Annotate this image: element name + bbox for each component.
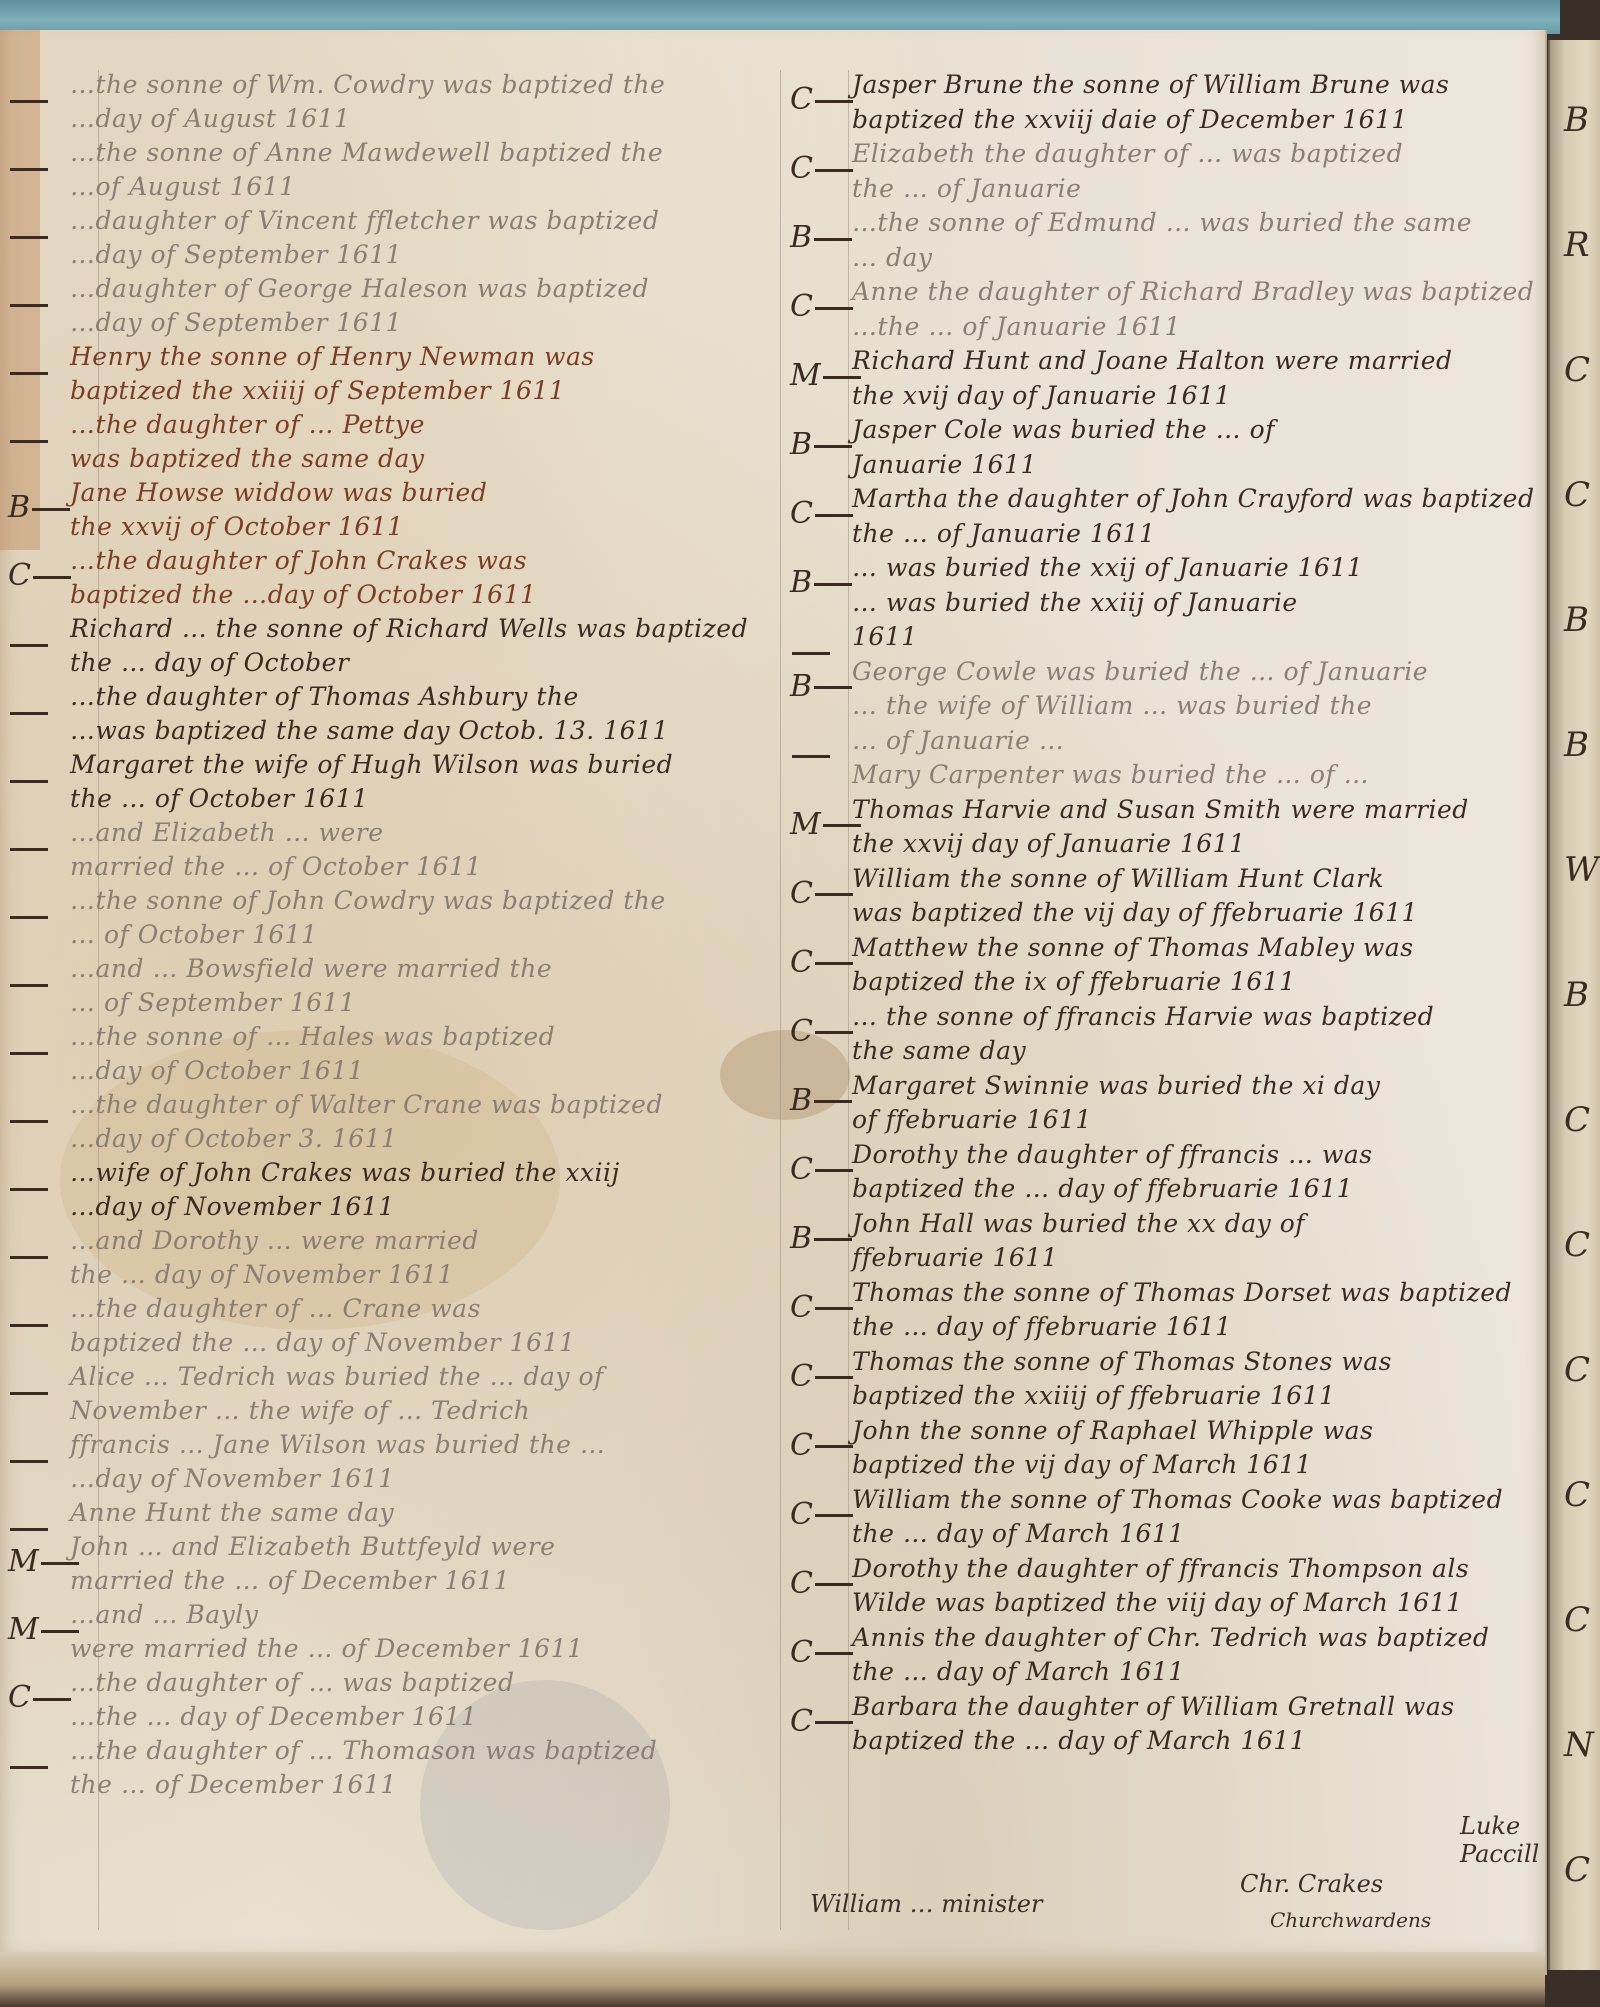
register-entry: M…and … Baylywere married the … of Decem… [0,1598,770,1666]
marker-dash [10,1324,48,1327]
entry-type-marker [8,1306,64,1341]
entry-line: …day of November 1611 [70,1462,770,1496]
entry-type-marker [8,1034,64,1069]
register-entry: Alice … Tedrich was buried the … day ofN… [0,1360,770,1428]
entry-line: Barbara the daughter of William Gretnall… [852,1690,1542,1725]
entry-line: George Cowle was buried the … of Januari… [852,655,1542,690]
entry-line: married the … of October 1611 [70,850,770,884]
entry-line: Thomas Harvie and Susan Smith were marri… [852,793,1542,828]
entry-line: baptized the …day of October 1611 [70,578,770,612]
marker-dash [814,1238,852,1241]
entry-type-marker [8,422,64,457]
register-entry: BJasper Cole was buried the … ofJanuarie… [782,413,1542,482]
entry-line: Thomas the sonne of Thomas Dorset was ba… [852,1276,1542,1311]
entry-line: the xxvij day of Januarie 1611 [852,827,1542,862]
entry-line: baptized the vij day of March 1611 [852,1448,1542,1483]
entry-line: were married the … of December 1611 [70,1632,770,1666]
entry-type-marker: C [790,289,846,324]
entry-line: …day of October 1611 [70,1054,770,1088]
facing-page-marker: B [1564,975,1589,1015]
marker-letter: M [8,1544,39,1579]
marker-dash [815,1376,853,1379]
entry-line: ffebruarie 1611 [852,1241,1542,1276]
entry-type-marker [8,762,64,797]
entry-line: Januarie 1611 [852,448,1542,483]
entry-line: …and Elizabeth … were [70,816,770,850]
marker-dash [10,780,48,783]
register-entry: …the daughter of … Crane wasbaptized the… [0,1292,770,1360]
page-bottom-edge [0,1952,1545,2007]
photo-background: …the sonne of Wm. Cowdry was baptized th… [0,0,1600,2007]
marker-dash [10,848,48,851]
entry-line: … of Januarie … [852,724,1542,759]
entry-line: the … of December 1611 [70,1768,770,1802]
marker-dash [815,1583,853,1586]
marker-dash [10,236,48,239]
entry-line: Dorothy the daughter of ffrancis Thompso… [852,1552,1542,1587]
register-entry: MRichard Hunt and Joane Halton were marr… [782,344,1542,413]
entry-type-marker: B [790,220,846,255]
entry-line: John Hall was buried the xx day of [852,1207,1542,1242]
entry-type-marker: B [790,565,846,600]
entry-line: November … the wife of … Tedrich [70,1394,770,1428]
marker-letter: C [790,151,813,186]
entry-line: the … of Januarie 1611 [852,517,1542,552]
minister-signature: William … minister [810,1890,1042,1918]
entry-type-marker: C [8,1680,64,1715]
marker-dash [10,1460,48,1463]
register-entry: …the daughter of … Thomason was baptized… [0,1734,770,1802]
marker-letter: C [790,1014,813,1049]
marker-dash [815,100,853,103]
entry-type-marker [8,1238,64,1273]
entry-line: … of October 1611 [70,918,770,952]
entry-line: Henry the sonne of Henry Newman was [70,340,770,374]
marker-dash [815,1514,853,1517]
entry-line: …of August 1611 [70,170,770,204]
register-entry: CMatthew the sonne of Thomas Mabley wasb… [782,931,1542,1000]
entry-line: the … of Januarie [852,172,1542,207]
marker-dash [10,100,48,103]
marker-dash [814,583,852,586]
entry-type-marker [790,738,846,773]
entry-line: ffrancis … Jane Wilson was buried the … [70,1428,770,1462]
register-entry: Anne Hunt the same day [0,1496,770,1530]
marker-letter: C [790,1497,813,1532]
entry-type-marker: C [790,1704,846,1739]
register-entry: …the daughter of Thomas Ashbury the…was … [0,680,770,748]
register-entry: C…the daughter of John Crakes wasbaptize… [0,544,770,612]
register-entry: …wife of John Crakes was buried the xxii… [0,1156,770,1224]
entry-line: … was buried the xxiij of Januarie [852,586,1542,621]
marker-dash [10,1052,48,1055]
entry-line: …the sonne of … Hales was baptized [70,1020,770,1054]
entry-line: …and … Bowsfield were married the [70,952,770,986]
register-entry: CElizabeth the daughter of … was baptize… [782,137,1542,206]
entry-line: … of September 1611 [70,986,770,1020]
entry-type-marker: C [790,1428,846,1463]
marker-letter: M [790,358,821,393]
entry-type-marker: C [790,1359,846,1394]
marker-dash [10,1392,48,1395]
facing-page-marker: B [1564,725,1589,765]
marker-dash [815,1169,853,1172]
register-entry: CDorothy the daughter of ffrancis Thomps… [782,1552,1542,1621]
entry-line: the xxvij of October 1611 [70,510,770,544]
marker-dash [823,824,861,827]
right-column: CJasper Brune the sonne of William Brune… [782,68,1542,1759]
entry-line: …and … Bayly [70,1598,770,1632]
entry-line: Jane Howse widdow was buried [70,476,770,510]
entry-line: …the … of Januarie 1611 [852,310,1542,345]
marker-dash [10,1256,48,1259]
entry-line: Margaret the wife of Hugh Wilson was bur… [70,748,770,782]
entry-line: Anne Hunt the same day [70,1496,770,1530]
marker-letter: C [790,1359,813,1394]
entry-type-marker: C [790,1635,846,1670]
entry-line: Margaret Swinnie was buried the xi day [852,1069,1542,1104]
marker-dash [815,1307,853,1310]
entry-line: …day of September 1611 [70,306,770,340]
entry-type-marker: C [790,1566,846,1601]
marker-letter: C [790,876,813,911]
binding-tab [0,0,1560,34]
register-entry: …and Dorothy … were marriedthe … day of … [0,1224,770,1292]
register-entry: CDorothy the daughter of ffrancis … wasb… [782,1138,1542,1207]
marker-dash [815,893,853,896]
entry-line: … the sonne of ffrancis Harvie was bapti… [852,1000,1542,1035]
entry-type-marker: C [8,558,64,593]
entry-line: …the daughter of John Crakes was [70,544,770,578]
entry-line: the … day of October [70,646,770,680]
marker-dash [10,1120,48,1123]
marker-letter: C [8,1680,31,1715]
facing-page-marker: W [1564,850,1599,890]
entry-line: Mary Carpenter was buried the … of … [852,758,1542,793]
marker-dash [41,1562,79,1565]
entry-line: Martha the daughter of John Crayford was… [852,482,1542,517]
marker-letter: B [790,669,812,704]
register-entry: Richard … the sonne of Richard Wells was… [0,612,770,680]
facing-page-marker: B [1564,600,1589,640]
entry-line: baptized the ix of ffebruarie 1611 [852,965,1542,1000]
entry-line: … day [852,241,1542,276]
marker-dash [815,1721,853,1724]
marker-dash [10,984,48,987]
register-entry: C… the sonne of ffrancis Harvie was bapt… [782,1000,1542,1069]
entry-type-marker: C [790,876,846,911]
register-entry: …the daughter of Walter Crane was baptiz… [0,1088,770,1156]
entry-type-marker [8,82,64,117]
entry-line: the … day of ffebruarie 1611 [852,1310,1542,1345]
marker-letter: C [790,1428,813,1463]
entry-line: …the daughter of … Pettye [70,408,770,442]
entry-line: …day of September 1611 [70,238,770,272]
entry-line: …the sonne of Wm. Cowdry was baptized th… [70,68,770,102]
register-entry: CAnne the daughter of Richard Bradley wa… [782,275,1542,344]
entry-line: …was baptized the same day Octob. 13. 16… [70,714,770,748]
marker-letter: C [790,289,813,324]
entry-line: …daughter of George Haleson was baptized [70,272,770,306]
marker-dash [814,1100,852,1103]
entry-line: …wife of John Crakes was buried the xxii… [70,1156,770,1190]
register-entry: BJane Howse widdow was buriedthe xxvij o… [0,476,770,544]
marker-letter: B [790,1083,812,1118]
entry-line: …the daughter of Walter Crane was baptiz… [70,1088,770,1122]
entry-line: was baptized the same day [70,442,770,476]
entry-type-marker [8,1748,64,1783]
marker-dash [10,712,48,715]
entry-line: …the … day of December 1611 [70,1700,770,1734]
marker-letter: B [790,220,812,255]
marker-dash [10,440,48,443]
facing-page-marker: C [1564,1475,1590,1515]
entry-line: of ffebruarie 1611 [852,1103,1542,1138]
entry-type-marker [8,694,64,729]
entry-type-marker: M [790,807,846,842]
entry-line: the … of October 1611 [70,782,770,816]
entry-type-marker [8,1442,64,1477]
marker-letter: C [790,496,813,531]
entry-line: Annis the daughter of Chr. Tedrich was b… [852,1621,1542,1656]
entry-type-marker: C [790,496,846,531]
entry-line: baptized the … day of March 1611 [852,1724,1542,1759]
marker-dash [10,916,48,919]
entry-line: … the wife of William … was buried the [852,689,1542,724]
entry-line: was baptized the vij day of ffebruarie 1… [852,896,1542,931]
marker-letter: M [790,807,821,842]
marker-dash [792,755,830,758]
register-entry: CAnnis the daughter of Chr. Tedrich was … [782,1621,1542,1690]
entry-type-marker [8,830,64,865]
register-entry: CJasper Brune the sonne of William Brune… [782,68,1542,137]
facing-page-marker: C [1564,1100,1590,1140]
entry-line: the same day [852,1034,1542,1069]
facing-page-marker: C [1564,1350,1590,1390]
column-divider [780,70,781,1930]
marker-dash [10,372,48,375]
entry-type-marker [8,354,64,389]
marker-dash [823,376,861,379]
entry-type-marker [8,286,64,321]
entry-line: …daughter of Vincent ffletcher was bapti… [70,204,770,238]
marker-dash [814,686,852,689]
entry-line: Anne the daughter of Richard Bradley was… [852,275,1542,310]
facing-page-marker: C [1564,475,1590,515]
marker-dash [10,1766,48,1769]
entry-line: … was buried the xxij of Januarie 1611 [852,551,1542,586]
register-entry: CMartha the daughter of John Crayford wa… [782,482,1542,551]
entry-line: 1611 [852,620,1542,655]
register-entry: CWilliam the sonne of William Hunt Clark… [782,862,1542,931]
marker-dash [815,1031,853,1034]
marker-dash [41,1630,79,1633]
marker-dash [815,1445,853,1448]
marker-dash [815,307,853,310]
register-entry: ffrancis … Jane Wilson was buried the ……… [0,1428,770,1496]
marker-letter: C [8,558,31,593]
entry-line: …the sonne of John Cowdry was baptized t… [70,884,770,918]
marker-dash [33,1698,71,1701]
register-entry: …the sonne of Anne Mawdewell baptized th… [0,136,770,204]
entry-line: the xvij day of Januarie 1611 [852,379,1542,414]
entry-type-marker: C [790,151,846,186]
marker-dash [10,168,48,171]
entry-line: the … day of November 1611 [70,1258,770,1292]
marker-letter: C [790,1566,813,1601]
entry-line: baptized the … day of November 1611 [70,1326,770,1360]
marker-dash [10,304,48,307]
entry-type-marker: B [790,669,846,704]
marker-dash [10,1188,48,1191]
marker-letter: C [790,1704,813,1739]
entry-type-marker: B [790,1083,846,1118]
entry-type-marker: C [790,1014,846,1049]
marker-dash [815,514,853,517]
marker-letter: C [790,945,813,980]
register-entry: CBarbara the daughter of William Gretnal… [782,1690,1542,1759]
register-entry: CThomas the sonne of Thomas Dorset was b… [782,1276,1542,1345]
marker-dash [815,1652,853,1655]
entry-type-marker: B [8,490,64,525]
register-entry: …and … Bowsfield were married the… of Se… [0,952,770,1020]
entry-type-marker: B [790,1221,846,1256]
entry-line: Wilde was baptized the viij day of March… [852,1586,1542,1621]
entry-line: Elizabeth the daughter of … was baptized [852,137,1542,172]
marker-letter: C [790,1290,813,1325]
left-column: …the sonne of Wm. Cowdry was baptized th… [0,68,770,1802]
entry-type-marker: M [790,358,846,393]
entry-type-marker: C [790,945,846,980]
entry-type-marker [8,966,64,1001]
register-entry: CJohn the sonne of Raphael Whipple wasba… [782,1414,1542,1483]
entry-type-marker [8,150,64,185]
facing-page-edge: BRCCBBWBCCCCCNC [1548,40,1600,1970]
entry-type-marker: M [8,1544,64,1579]
register-entry: Henry the sonne of Henry Newman wasbapti… [0,340,770,408]
register-entry: Margaret the wife of Hugh Wilson was bur… [0,748,770,816]
entry-type-marker: M [8,1612,64,1647]
facing-page-marker: C [1564,1600,1590,1640]
entry-type-marker [8,1170,64,1205]
entry-line: …day of August 1611 [70,102,770,136]
register-entry: BGeorge Cowle was buried the … of Januar… [782,655,1542,724]
facing-page-marker: N [1564,1725,1594,1765]
entry-line: baptized the xxiiij of September 1611 [70,374,770,408]
marker-letter: B [790,565,812,600]
marker-letter: C [790,1152,813,1187]
marker-letter: B [790,427,812,462]
marker-letter: C [790,82,813,117]
entry-line: baptized the xxiiij of ffebruarie 1611 [852,1379,1542,1414]
register-entry: CThomas the sonne of Thomas Stones wasba… [782,1345,1542,1414]
register-entry: …the sonne of Wm. Cowdry was baptized th… [0,68,770,136]
register-entry: …the sonne of John Cowdry was baptized t… [0,884,770,952]
entry-line: John … and Elizabeth Buttfeyld were [70,1530,770,1564]
marker-dash [10,644,48,647]
entry-line: Thomas the sonne of Thomas Stones was [852,1345,1542,1380]
register-entry: …and Elizabeth … weremarried the … of Oc… [0,816,770,884]
entry-type-marker: C [790,1152,846,1187]
entry-line: …the daughter of … Thomason was baptized [70,1734,770,1768]
warden-signature-2: Chr. Crakes [1240,1870,1383,1898]
entry-line: Dorothy the daughter of ffrancis … was [852,1138,1542,1173]
entry-line: the … day of March 1611 [852,1655,1542,1690]
entry-line: …the sonne of Anne Mawdewell baptized th… [70,136,770,170]
marker-dash [814,445,852,448]
entry-line: Jasper Cole was buried the … of [852,413,1542,448]
entry-type-marker: C [790,1290,846,1325]
facing-page-marker: C [1564,1225,1590,1265]
register-entry: …daughter of George Haleson was baptized… [0,272,770,340]
register-entry: CWilliam the sonne of Thomas Cooke was b… [782,1483,1542,1552]
register-entry: …the daughter of … Pettyewas baptized th… [0,408,770,476]
entry-line: married the … of December 1611 [70,1564,770,1598]
register-entry: B…the sonne of Edmund … was buried the s… [782,206,1542,275]
facing-page-marker: B [1564,100,1589,140]
warden-signature-1: Luke Paccill [1460,1812,1545,1868]
marker-letter: C [790,1635,813,1670]
entry-line: Matthew the sonne of Thomas Mabley was [852,931,1542,966]
entry-type-marker [8,898,64,933]
entry-line: …day of October 3. 1611 [70,1122,770,1156]
register-entry: BJohn Hall was buried the xx day offfebr… [782,1207,1542,1276]
entry-line: baptized the xxviij daie of December 161… [852,103,1542,138]
entry-line: …day of November 1611 [70,1190,770,1224]
entry-type-marker: C [790,1497,846,1532]
entry-line: …the sonne of Edmund … was buried the sa… [852,206,1542,241]
entry-line: the … day of March 1611 [852,1517,1542,1552]
entry-line: …and Dorothy … were married [70,1224,770,1258]
register-entry: BMargaret Swinnie was buried the xi dayo… [782,1069,1542,1138]
entry-line: …the daughter of … Crane was [70,1292,770,1326]
marker-dash [33,576,71,579]
churchwardens-label: Churchwardens [1270,1908,1431,1932]
marker-letter: B [8,490,30,525]
register-entry: …the sonne of … Hales was baptized…day o… [0,1020,770,1088]
entry-line: Richard … the sonne of Richard Wells was… [70,612,770,646]
entry-type-marker [8,1102,64,1137]
facing-page-marker: R [1564,225,1590,265]
register-page: …the sonne of Wm. Cowdry was baptized th… [0,30,1547,1975]
entry-line: …the daughter of Thomas Ashbury the [70,680,770,714]
entry-line: Richard Hunt and Joane Halton were marri… [852,344,1542,379]
register-entry: MJohn … and Elizabeth Buttfeyld weremarr… [0,1530,770,1598]
entry-line: William the sonne of William Hunt Clark [852,862,1542,897]
entry-line: baptized the … day of ffebruarie 1611 [852,1172,1542,1207]
facing-page-marker: C [1564,350,1590,390]
facing-page-marker: C [1564,1850,1590,1890]
marker-dash [815,169,853,172]
entry-line: …the daughter of … was baptized [70,1666,770,1700]
marker-dash [814,238,852,241]
entry-type-marker: B [790,427,846,462]
marker-dash [32,508,70,511]
entry-line: John the sonne of Raphael Whipple was [852,1414,1542,1449]
register-entry: …daughter of Vincent ffletcher was bapti… [0,204,770,272]
entry-type-marker [8,626,64,661]
marker-letter: M [8,1612,39,1647]
entry-type-marker [8,1374,64,1409]
entry-line: William the sonne of Thomas Cooke was ba… [852,1483,1542,1518]
marker-dash [815,962,853,965]
entry-line: Alice … Tedrich was buried the … day of [70,1360,770,1394]
register-entry: MThomas Harvie and Susan Smith were marr… [782,793,1542,862]
marker-letter: B [790,1221,812,1256]
register-entry: B… was buried the xxij of Januarie 1611…… [782,551,1542,620]
register-entry: C…the daughter of … was baptized…the … d… [0,1666,770,1734]
entry-type-marker [8,218,64,253]
